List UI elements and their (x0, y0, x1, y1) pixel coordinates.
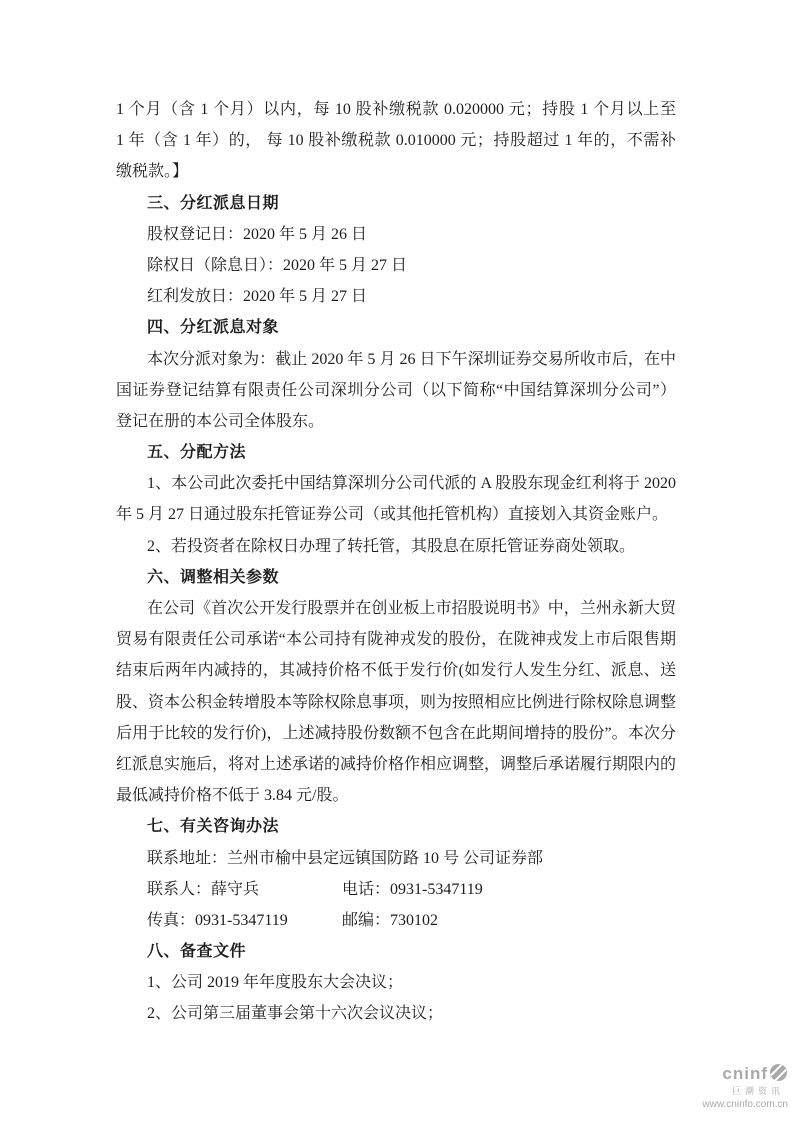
paragraph-line: 缴税款。】 (116, 156, 676, 187)
section-heading: 六、调整相关参数 (116, 562, 676, 593)
document-page: 1 个月（含 1 个月）以内，每 10 股补缴税款 0.020000 元；持股 … (0, 0, 793, 1122)
section-heading: 三、分红派息日期 (116, 188, 676, 219)
paragraph-line: 在公司《首次公开发行股票并在创业板上市招股说明书》中，兰州永新大贸 (116, 593, 676, 624)
cninfo-watermark: cninf 巨潮资讯 www.cninfo.com.cn (702, 1063, 788, 1110)
cninfo-brand-cn: 巨潮资讯 (702, 1087, 788, 1097)
paragraph-line: 1、公司 2019 年年度股东大会决议； (116, 967, 676, 998)
cninfo-url: www.cninfo.com.cn (702, 1099, 788, 1110)
paragraph-line: 2、公司第三届董事会第十六次会议决议； (116, 998, 676, 1029)
paragraph-line: 后用于比较的发行价)，上述减持股份数额不包含在此期间增持的股份”。本次分 (116, 718, 676, 749)
paragraph-line: 年 5 月 27 日通过股东托管证券公司（或其他托管机构）直接划入其资金账户。 (116, 499, 676, 530)
paragraph-line: 红派息实施后，将对上述承诺的减持价格作相应调整，调整后承诺履行期限内的 (116, 749, 676, 780)
contact-field-left: 传真：0931-5347119 (147, 905, 342, 936)
paragraph-line: 除权日（除息日）：2020 年 5 月 27 日 (116, 250, 676, 281)
section-heading: 八、备查文件 (116, 936, 676, 967)
contact-field-right: 邮编：730102 (342, 912, 438, 929)
paragraph-line: 2、若投资者在除权日办理了转托管，其股息在原托管证券商处领取。 (116, 531, 676, 562)
paragraph-line: 联系地址：兰州市榆中县定远镇国防路 10 号 公司证券部 (116, 843, 676, 874)
paragraph-line: 股、资本公积金转增股本等除权除息事项，则为按照相应比例进行除权除息调整 (116, 687, 676, 718)
paragraph-line: 1 个月（含 1 个月）以内，每 10 股补缴税款 0.020000 元；持股 … (116, 94, 676, 125)
section-heading: 四、分红派息对象 (116, 312, 676, 343)
contact-row: 联系人：薛守兵电话：0931-5347119 (116, 874, 676, 905)
section-heading: 七、有关咨询办法 (116, 811, 676, 842)
paragraph-line: 国证券登记结算有限责任公司深圳分公司（以下简称“中国结算深圳分公司”） (116, 375, 676, 406)
contact-field-left: 联系人：薛守兵 (147, 874, 342, 905)
paragraph-line: 1、本公司此次委托中国结算深圳分公司代派的 A 股股东现金红利将于 2020 (116, 468, 676, 499)
paragraph-line: 最低减持价格不低于 3.84 元/股。 (116, 780, 676, 811)
cninfo-brand-row: cninf (702, 1063, 788, 1087)
contact-row: 传真：0931-5347119邮编：730102 (116, 905, 676, 936)
contact-field-right: 电话：0931-5347119 (342, 881, 483, 898)
paragraph-line: 红利发放日：2020 年 5 月 27 日 (116, 281, 676, 312)
paragraph-line: 本次分派对象为：截止 2020 年 5 月 26 日下午深圳证券交易所收市后，在… (116, 344, 676, 375)
paragraph-line: 1 年（含 1 年）的， 每 10 股补缴税款 0.010000 元；持股超过 … (116, 125, 676, 156)
paragraph-line: 贸易有限责任公司承诺“本公司持有陇神戎发的股份，在陇神戎发上市后限售期 (116, 624, 676, 655)
paragraph-line: 登记在册的本公司全体股东。 (116, 406, 676, 437)
paragraph-line: 结束后两年内减持的，其减持价格不低于发行价(如发行人发生分红、派息、送 (116, 655, 676, 686)
document-content: 1 个月（含 1 个月）以内，每 10 股补缴税款 0.020000 元；持股 … (116, 94, 676, 1030)
paragraph-line: 股权登记日：2020 年 5 月 26 日 (116, 219, 676, 250)
cninfo-swirl-icon (769, 1063, 788, 1087)
section-heading: 五、分配方法 (116, 437, 676, 468)
cninfo-brand-text: cninf (722, 1065, 768, 1084)
